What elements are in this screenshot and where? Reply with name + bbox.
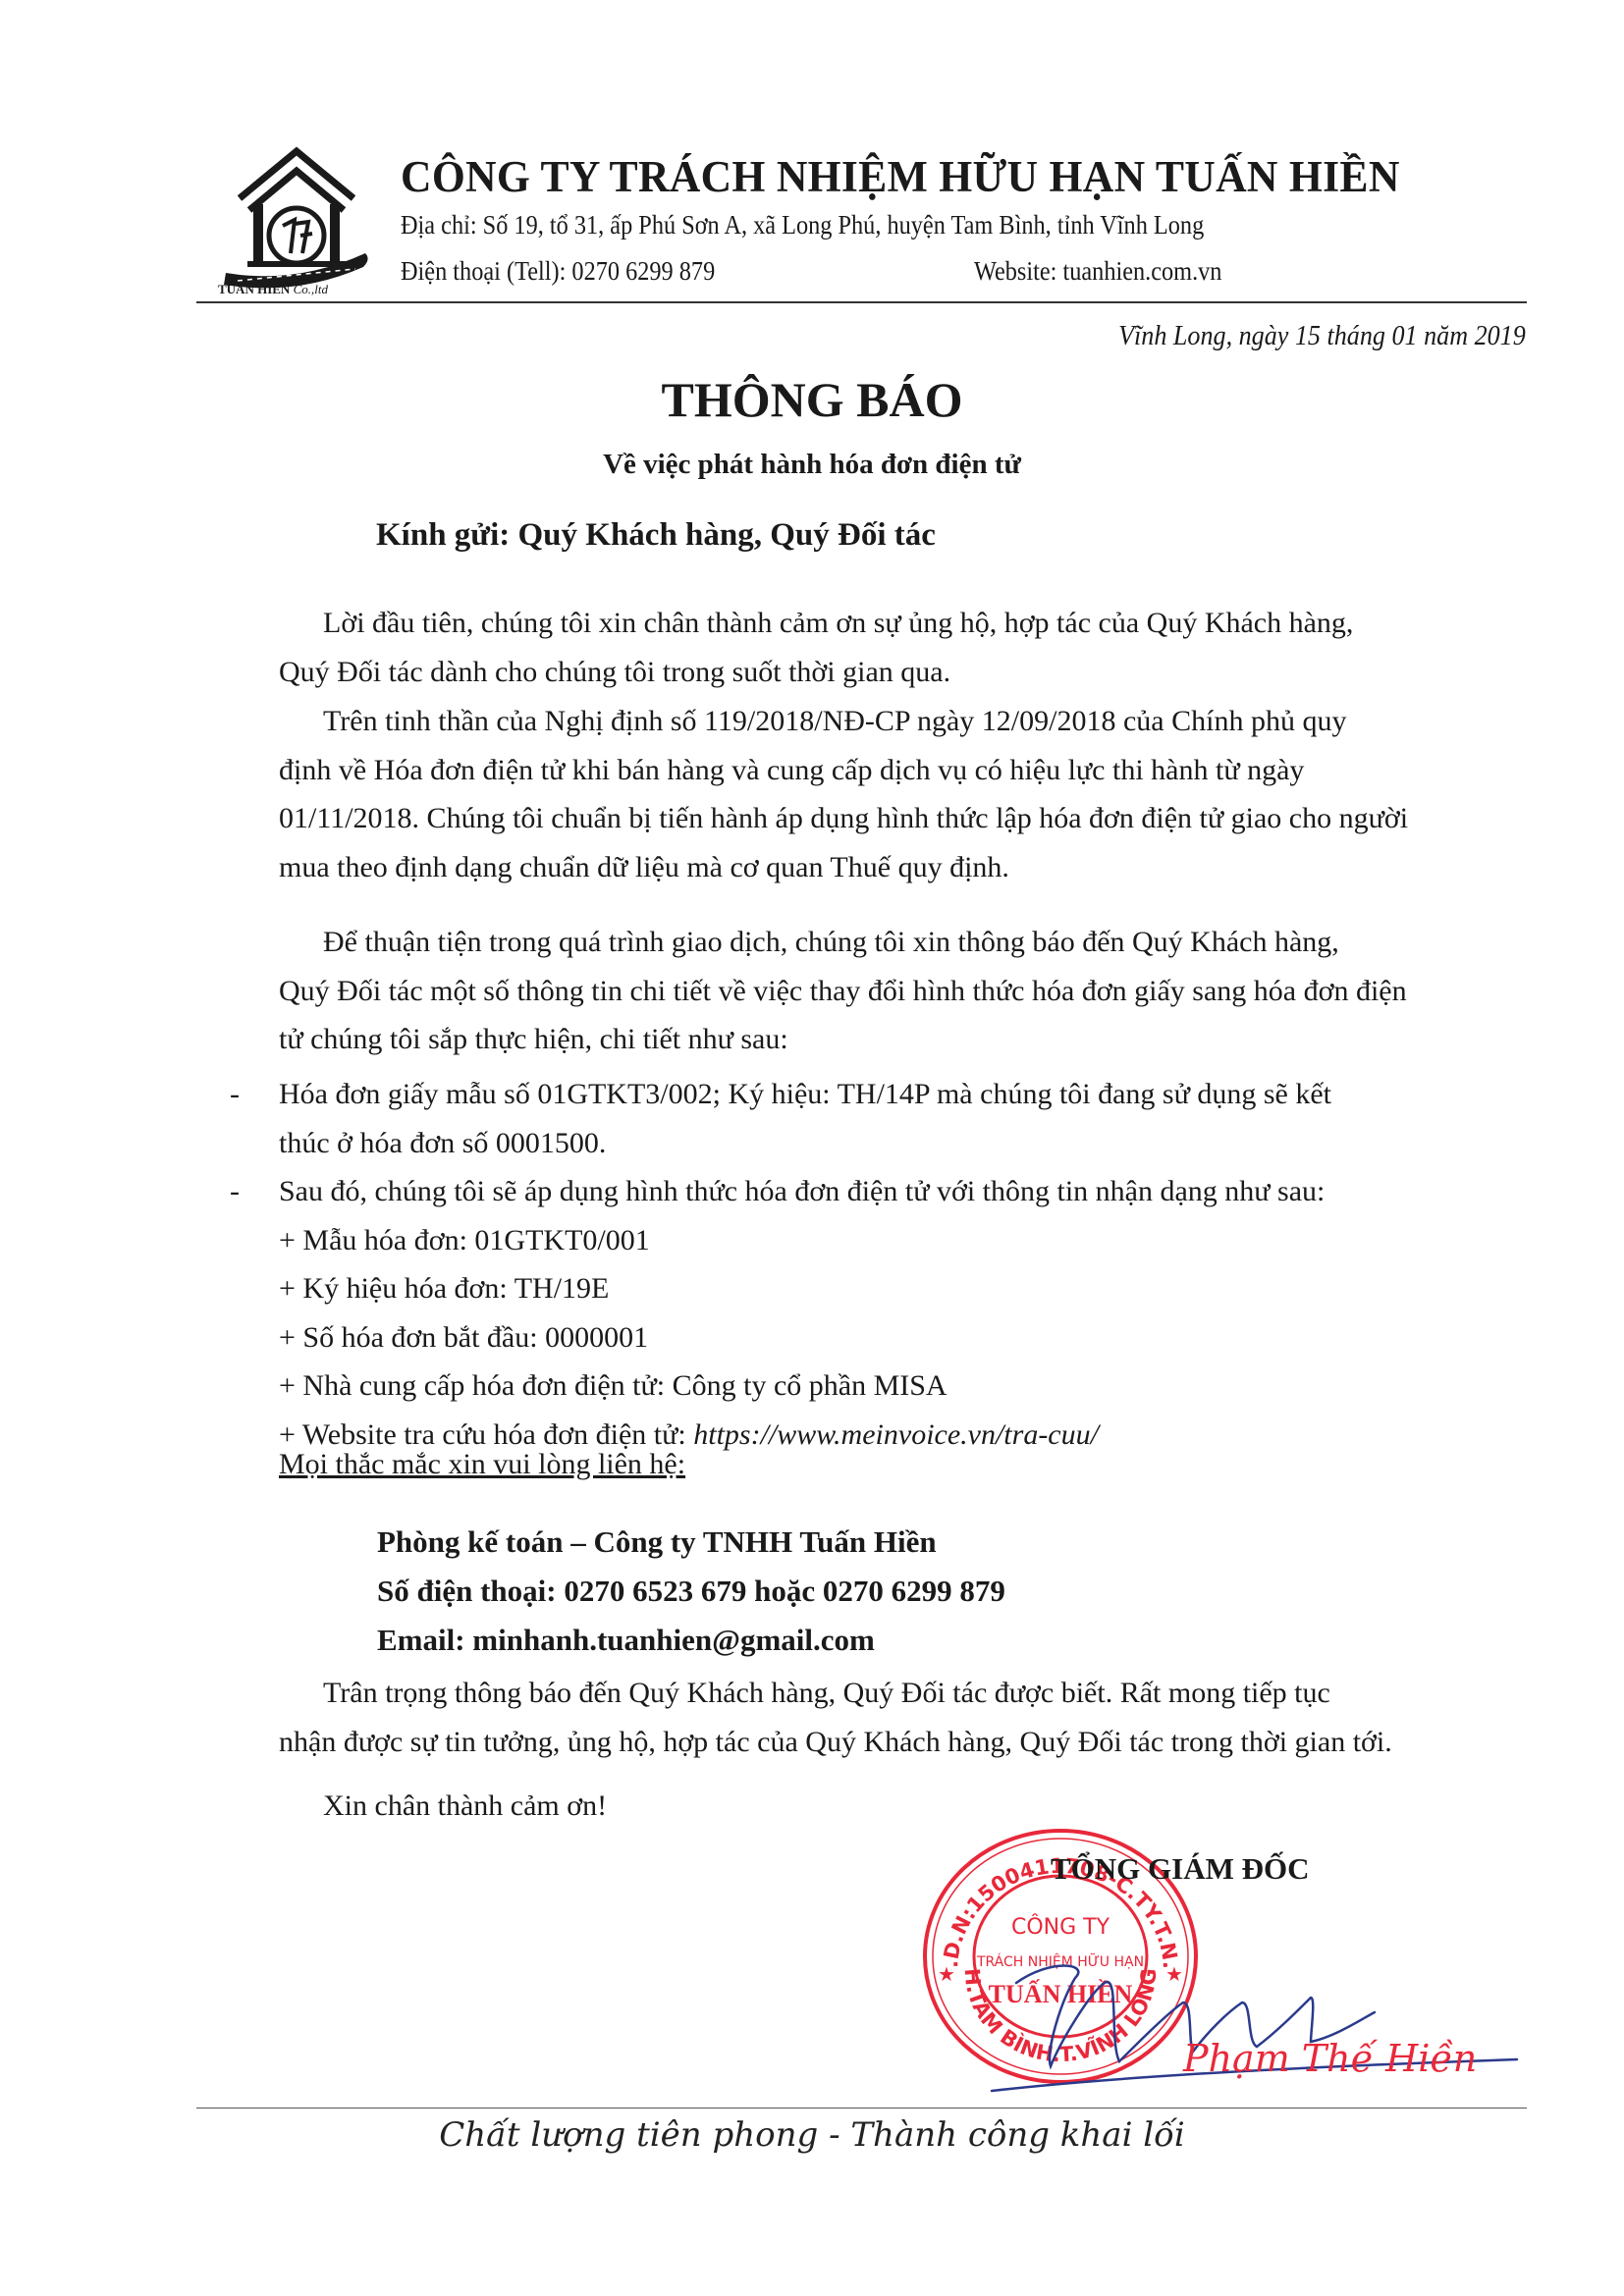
closing-paragraph: Trân trọng thông báo đến Quý Khách hàng,… [279,1669,1392,1766]
invoice-change-list: - Hóa đơn giấy mẫu số 01GTKT3/002; Ký hi… [230,1070,1331,1459]
header-divider [196,301,1527,303]
company-address: Địa chỉ: Số 19, tổ 31, ấp Phú Sơn A, xã … [401,210,1204,240]
contact-phone: Số điện thoại: 0270 6523 679 hoặc 0270 6… [377,1574,1005,1609]
paragraph-2: Trên tinh thần của Nghị định số 119/2018… [279,697,1532,891]
lookup-label: + Website tra cứu hóa đơn điện tử: [279,1418,693,1451]
company-name: CÔNG TY TRÁCH NHIỆM HỮU HẠN TUẤN HIỀN [401,151,1400,202]
svg-text:★: ★ [938,1964,955,1986]
detail-provider: + Nhà cung cấp hóa đơn điện tử: Công ty … [230,1362,1331,1411]
company-logo-icon [218,137,375,294]
paragraph-line: Lời đầu tiên, chúng tôi xin chân thành c… [279,599,1532,648]
signer-role: TỔNG GIÁM ĐỐC [1051,1851,1310,1887]
document-title: THÔNG BÁO [0,371,1624,428]
paragraph-line: Để thuận tiện trong quá trình giao dịch,… [279,918,1532,967]
paragraph-1: Lời đầu tiên, chúng tôi xin chân thành c… [279,599,1532,696]
logo-caption: TUAN HIEN Co.,ltd [218,282,375,297]
bullet-dash: - [230,1167,240,1216]
list-line: thúc ở hóa đơn số 0001500. [279,1119,1331,1168]
document-subtitle: Về việc phát hành hóa đơn điện tử [0,449,1624,481]
list-line: Sau đó, chúng tôi sẽ áp dụng hình thức h… [279,1167,1331,1216]
detail-symbol: + Ký hiệu hóa đơn: TH/19E [230,1264,1331,1313]
paragraph-line: Quý Đối tác dành cho chúng tôi trong suố… [279,648,1532,697]
greeting: Kính gửi: Quý Khách hàng, Quý Đối tác [376,517,936,554]
paragraph-line: định về Hóa đơn điện tử khi bán hàng và … [279,746,1532,795]
footer-slogan: Chất lượng tiên phong - Thành công khai … [0,2115,1624,2155]
paragraph-3: Để thuận tiện trong quá trình giao dịch,… [279,918,1532,1064]
detail-template: + Mẫu hóa đơn: 01GTKT0/001 [230,1216,1331,1265]
bullet-dash: - [230,1070,240,1119]
detail-start-number: + Số hóa đơn bắt đầu: 0000001 [230,1313,1331,1362]
signer-name: Phạm Thế Hiền [1183,2037,1477,2080]
paragraph-line: mua theo định dạng chuẩn dữ liệu mà cơ q… [279,843,1532,892]
footer-divider [196,2108,1527,2109]
closing-line: Trân trọng thông báo đến Quý Khách hàng,… [279,1669,1392,1718]
svg-text:CÔNG TY: CÔNG TY [1011,1914,1110,1940]
lookup-link[interactable]: https://www.meinvoice.vn/tra-cuu/ [693,1418,1099,1451]
paragraph-line: Trên tinh thần của Nghị định số 119/2018… [279,697,1532,746]
date-line: Vĩnh Long, ngày 15 tháng 01 năm 2019 [1118,320,1526,352]
contact-email[interactable]: Email: minhanh.tuanhien@gmail.com [377,1623,875,1658]
list-item: - Sau đó, chúng tôi sẽ áp dụng hình thức… [230,1167,1331,1216]
paragraph-line: 01/11/2018. Chúng tôi chuẩn bị tiến hành… [279,794,1532,843]
contact-heading: Mọi thắc mắc xin vui lòng liên hệ: [279,1448,685,1481]
closing-line: nhận được sự tin tưởng, ủng hộ, hợp tác … [279,1718,1392,1767]
thanks-line: Xin chân thành cảm ơn! [279,1789,607,1823]
list-item: - Hóa đơn giấy mẫu số 01GTKT3/002; Ký hi… [230,1070,1331,1167]
paragraph-line: Quý Đối tác một số thông tin chi tiết về… [279,967,1532,1016]
company-website: Website: tuanhien.com.vn [974,256,1221,287]
contact-department: Phòng kế toán – Công ty TNHH Tuấn Hiền [377,1524,937,1560]
paragraph-line: tử chúng tôi sắp thực hiện, chi tiết như… [279,1015,1532,1064]
list-line: Hóa đơn giấy mẫu số 01GTKT3/002; Ký hiệu… [279,1070,1331,1119]
company-phone: Điện thoại (Tell): 0270 6299 879 [401,256,715,287]
